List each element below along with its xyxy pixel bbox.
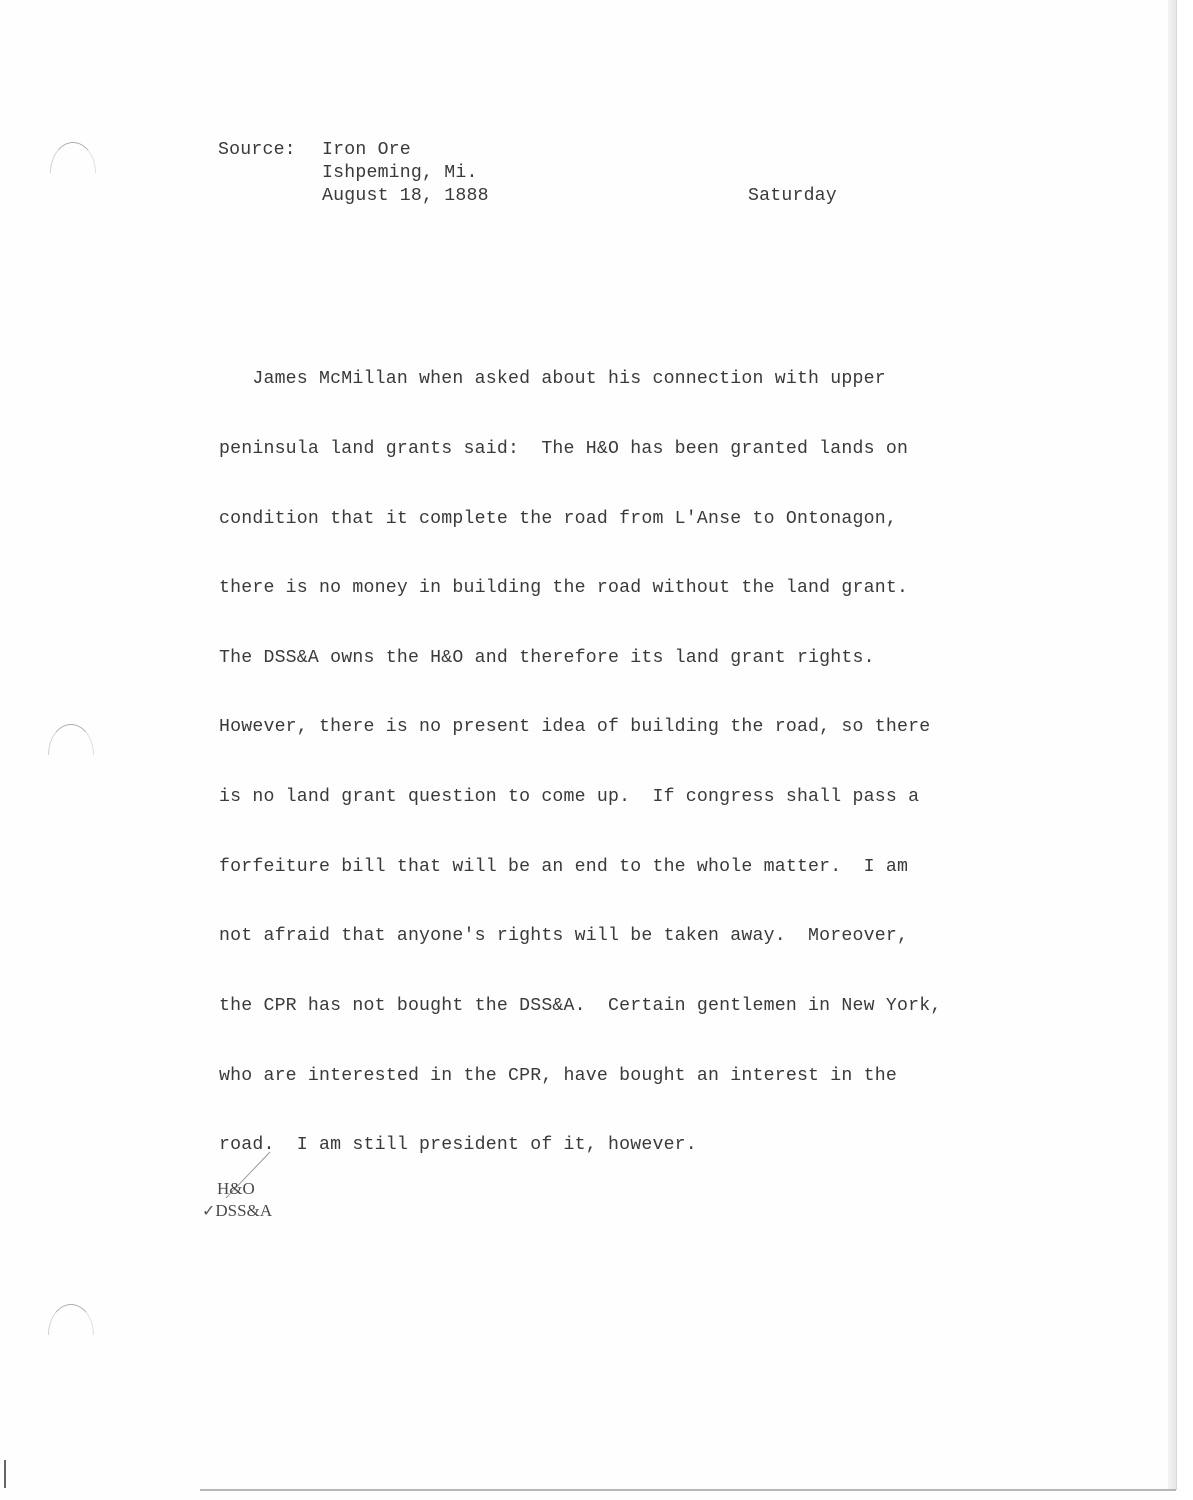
check-mark-icon: ✓ bbox=[202, 1201, 215, 1223]
document-page: Source: Iron Ore Ishpeming, Mi. August 1… bbox=[0, 0, 1193, 1500]
body-line: peninsula land grants said: The H&O has … bbox=[219, 438, 941, 461]
body-line: The DSS&A owns the H&O and therefore its… bbox=[219, 647, 941, 670]
punch-hole-top bbox=[50, 142, 96, 173]
body-line: is no land grant question to come up. If… bbox=[219, 786, 941, 809]
margin-note-tag-h-and-o: H&O bbox=[202, 1178, 272, 1200]
page-background-right bbox=[1177, 0, 1193, 1500]
margin-note-tag-dssa: ✓DSS&A bbox=[202, 1200, 272, 1223]
source-date: August 18, 1888 bbox=[322, 186, 489, 206]
body-line: road. I am still president of it, howeve… bbox=[219, 1134, 941, 1157]
source-publication: Iron Ore bbox=[322, 140, 411, 160]
source-weekday: Saturday bbox=[748, 186, 837, 206]
page-edge-right bbox=[1168, 0, 1177, 1490]
page-edge-left-mark bbox=[4, 1460, 6, 1488]
body-line: condition that it complete the road from… bbox=[219, 508, 941, 531]
body-line: James McMillan when asked about his conn… bbox=[219, 368, 941, 391]
body-line: the CPR has not bought the DSS&A. Certai… bbox=[219, 995, 941, 1018]
body-line: who are interested in the CPR, have boug… bbox=[219, 1065, 941, 1088]
punch-hole-bottom bbox=[48, 1304, 94, 1335]
body-line: there is no money in building the road w… bbox=[219, 577, 941, 600]
body-line: However, there is no present idea of bui… bbox=[219, 716, 941, 739]
punch-hole-middle bbox=[48, 724, 94, 755]
source-label: Source: bbox=[218, 140, 296, 160]
margin-note: H&O ✓DSS&A bbox=[202, 1178, 272, 1223]
article-body: James McMillan when asked about his conn… bbox=[219, 322, 941, 1204]
source-location: Ishpeming, Mi. bbox=[322, 163, 478, 183]
page-edge-bottom bbox=[200, 1489, 1176, 1491]
body-line: not afraid that anyone's rights will be … bbox=[219, 925, 941, 948]
body-line: forfeiture bill that will be an end to t… bbox=[219, 856, 941, 879]
